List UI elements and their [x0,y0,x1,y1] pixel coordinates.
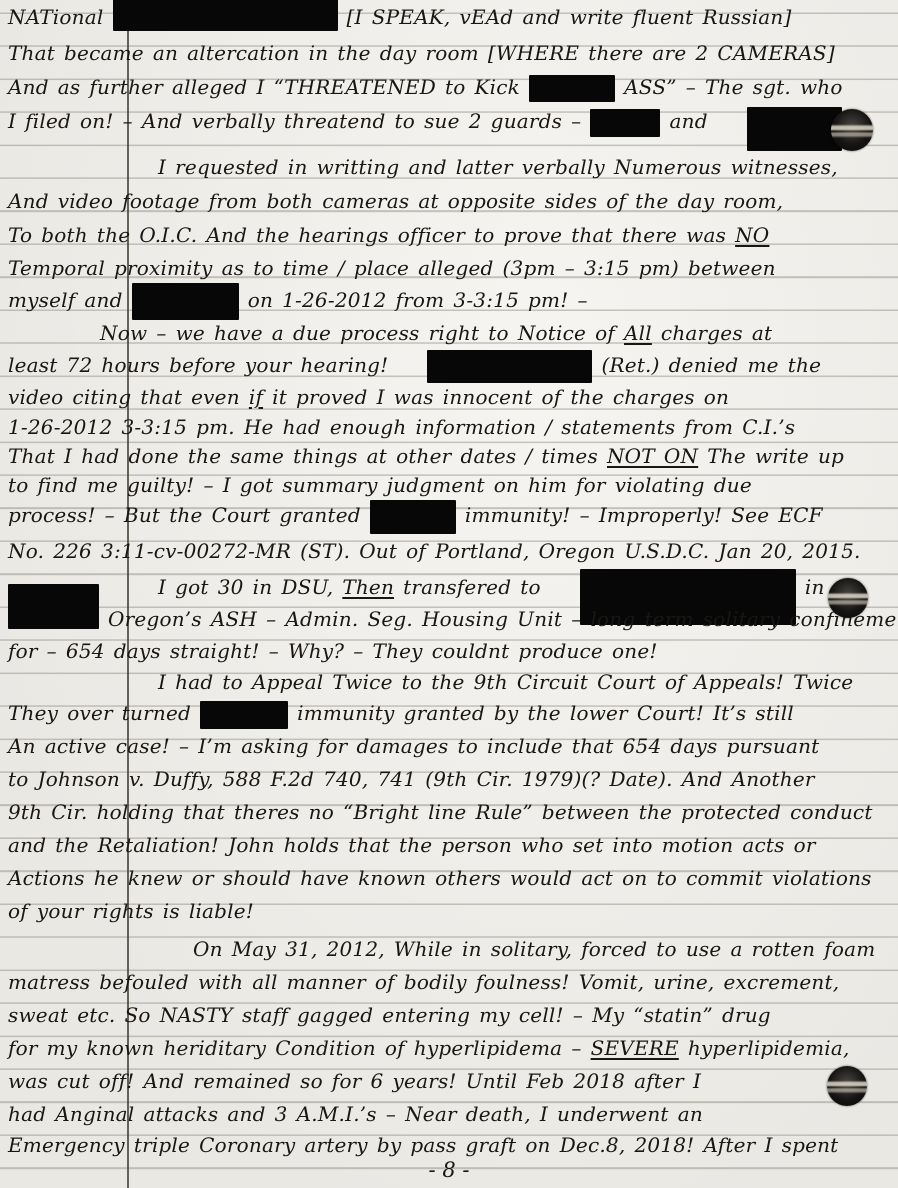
handwritten-text: of your rights is liable! [8,899,254,923]
handwritten-line: I had to Appeal Twice to the 9th Circuit… [0,667,898,697]
redaction-bar [113,0,338,31]
handwritten-text: least 72 hours before your hearing! [8,353,397,377]
handwritten-text: for my known heriditary Condition of hyp… [8,1036,591,1060]
redaction-bar [427,350,592,383]
handwritten-text-underlined: NOT ON [607,444,698,468]
redaction-bar [132,283,239,320]
handwritten-line: I got 30 in DSU, Then transfered to in [0,572,898,602]
handwritten-text-underlined: All [624,321,652,345]
handwriting-layer: NATional [I SPEAK, vEAd and write fluent… [0,0,898,1188]
handwritten-text: sweat etc. So NASTY staff gagged enterin… [8,1003,771,1027]
handwritten-line: 1-26-2012 3-3:15 pm. He had enough infor… [0,412,898,442]
handwritten-text-underlined: NO [735,223,769,247]
handwritten-line: They over turned immunity granted by the… [0,698,898,728]
handwritten-text: and the Retaliation! John holds that the… [8,833,816,857]
handwritten-line: and the Retaliation! John holds that the… [0,830,898,860]
handwritten-line: least 72 hours before your hearing! (Ret… [0,350,898,380]
handwritten-text: Oregon’s ASH – Admin. Seg. Housing Unit … [99,607,898,631]
handwritten-text: 9th Cir. holding that theres no “Bright … [8,800,873,824]
handwritten-text: (Ret.) denied me the [592,353,821,377]
handwritten-line: Oregon’s ASH – Admin. Seg. Housing Unit … [0,604,898,634]
handwritten-text: To both the O.I.C. And the hearings offi… [8,223,735,247]
handwritten-line: matress befouled with all manner of bodi… [0,967,898,997]
handwritten-line: for – 654 days straight! – Why? – They c… [0,636,898,666]
handwritten-text: And video footage from both cameras at o… [8,189,783,213]
handwritten-line: sweat etc. So NASTY staff gagged enterin… [0,1000,898,1030]
handwritten-line: No. 226 3:11-cv-00272-MR (ST). Out of Po… [0,536,898,566]
handwritten-text: Actions he knew or should have known oth… [8,866,872,890]
handwritten-line: And as further alleged I “THREATENED to … [0,72,898,102]
page-number: - 8 - [0,1158,898,1182]
handwritten-line: to find me guilty! – I got summary judgm… [0,470,898,500]
handwritten-text-underlined: SEVERE [591,1036,679,1060]
handwritten-line: Temporal proximity as to time / place al… [0,253,898,283]
handwritten-text: They over turned [8,701,200,725]
handwritten-line: for my known heriditary Condition of hyp… [0,1033,898,1063]
handwritten-text: on 1-26-2012 from 3-3:15 pm! – [239,288,588,312]
hole-punch [828,578,868,618]
scanned-handwritten-page: NATional [I SPEAK, vEAd and write fluent… [0,0,898,1188]
handwritten-line: process! – But the Court granted immunit… [0,500,898,530]
handwritten-text: I had to Appeal Twice to the 9th Circuit… [158,670,853,694]
handwritten-text: The write up [698,444,844,468]
handwritten-text: That became an altercation in the day ro… [8,41,835,65]
handwritten-text: to Johnson v. Duffy, 588 F.2d 740, 741 (… [8,767,815,791]
handwritten-line: To both the O.I.C. And the hearings offi… [0,220,898,250]
handwritten-text: immunity! – Improperly! See ECF [456,503,823,527]
handwritten-text: NATional [8,5,113,29]
handwritten-text: ASS” – The sgt. who [615,75,843,99]
handwritten-text: I requested in writting and latter verba… [158,155,838,179]
handwritten-text: transfered to [394,575,550,599]
handwritten-line: 9th Cir. holding that theres no “Bright … [0,797,898,827]
handwritten-text: And as further alleged I “THREATENED to … [8,75,529,99]
handwritten-text-underlined: Then [342,575,394,599]
redaction-bar [590,109,660,137]
handwritten-text: No. 226 3:11-cv-00272-MR (ST). Out of Po… [8,539,861,563]
handwritten-text: in [796,575,825,599]
handwritten-line: I requested in writting and latter verba… [0,152,898,182]
handwritten-text: myself and [8,288,132,312]
handwritten-line: That I had done the same things at other… [0,441,898,471]
redaction-bar [747,107,842,151]
handwritten-text: An active case! – I’m asking for damages… [8,734,819,758]
handwritten-text: [I SPEAK, vEAd and write fluent Russian] [338,5,792,29]
handwritten-text: Now – we have a due process right to Not… [100,321,624,345]
handwritten-line: to Johnson v. Duffy, 588 F.2d 740, 741 (… [0,764,898,794]
handwritten-text-underlined: if [249,385,263,409]
handwritten-line: myself and on 1-26-2012 from 3-3:15 pm! … [0,285,898,315]
redaction-bar [370,500,456,534]
handwritten-line: That became an altercation in the day ro… [0,38,898,68]
handwritten-text: That I had done the same things at other… [8,444,607,468]
handwritten-text: for – 654 days straight! – Why? – They c… [8,639,658,663]
handwritten-text: to find me guilty! – I got summary judgm… [8,473,752,497]
handwritten-text: charges at [652,321,772,345]
handwritten-line: Emergency triple Coronary artery by pass… [0,1130,898,1160]
handwritten-text: Emergency triple Coronary artery by pass… [8,1133,838,1157]
hole-punch [831,109,873,151]
handwritten-text: On May 31, 2012, While in solitary, forc… [193,937,875,961]
handwritten-text: hyperlipidemia, [679,1036,850,1060]
handwritten-text: I got 30 in DSU, [158,575,342,599]
handwritten-line: On May 31, 2012, While in solitary, forc… [0,934,898,964]
handwritten-line: was cut off! And remained so for 6 years… [0,1066,898,1096]
handwritten-text: it proved I was innocent of the charges … [263,385,729,409]
handwritten-line: Now – we have a due process right to Not… [0,318,898,348]
handwritten-text: and [660,109,716,133]
handwritten-line: had Anginal attacks and 3 A.M.I.’s – Nea… [0,1099,898,1129]
handwritten-text: I filed on! – And verbally threatend to … [8,109,590,133]
handwritten-line: video citing that even if it proved I wa… [0,382,898,412]
handwritten-line: An active case! – I’m asking for damages… [0,731,898,761]
hole-punch [827,1066,867,1106]
handwritten-text: had Anginal attacks and 3 A.M.I.’s – Nea… [8,1102,703,1126]
redaction-bar [8,584,99,629]
handwritten-text: matress befouled with all manner of bodi… [8,970,839,994]
handwritten-text: process! – But the Court granted [8,503,370,527]
redaction-bar [529,75,615,102]
handwritten-line: I filed on! – And verbally threatend to … [0,106,898,136]
handwritten-line: of your rights is liable! [0,896,898,926]
handwritten-text: video citing that even [8,385,249,409]
handwritten-text: immunity granted by the lower Court! It’… [288,701,794,725]
redaction-bar [200,701,288,729]
handwritten-text: Temporal proximity as to time / place al… [8,256,776,280]
handwritten-line: Actions he knew or should have known oth… [0,863,898,893]
handwritten-line: NATional [I SPEAK, vEAd and write fluent… [0,2,898,32]
handwritten-text: was cut off! And remained so for 6 years… [8,1069,701,1093]
handwritten-text: 1-26-2012 3-3:15 pm. He had enough infor… [8,415,795,439]
handwritten-line: And video footage from both cameras at o… [0,186,898,216]
